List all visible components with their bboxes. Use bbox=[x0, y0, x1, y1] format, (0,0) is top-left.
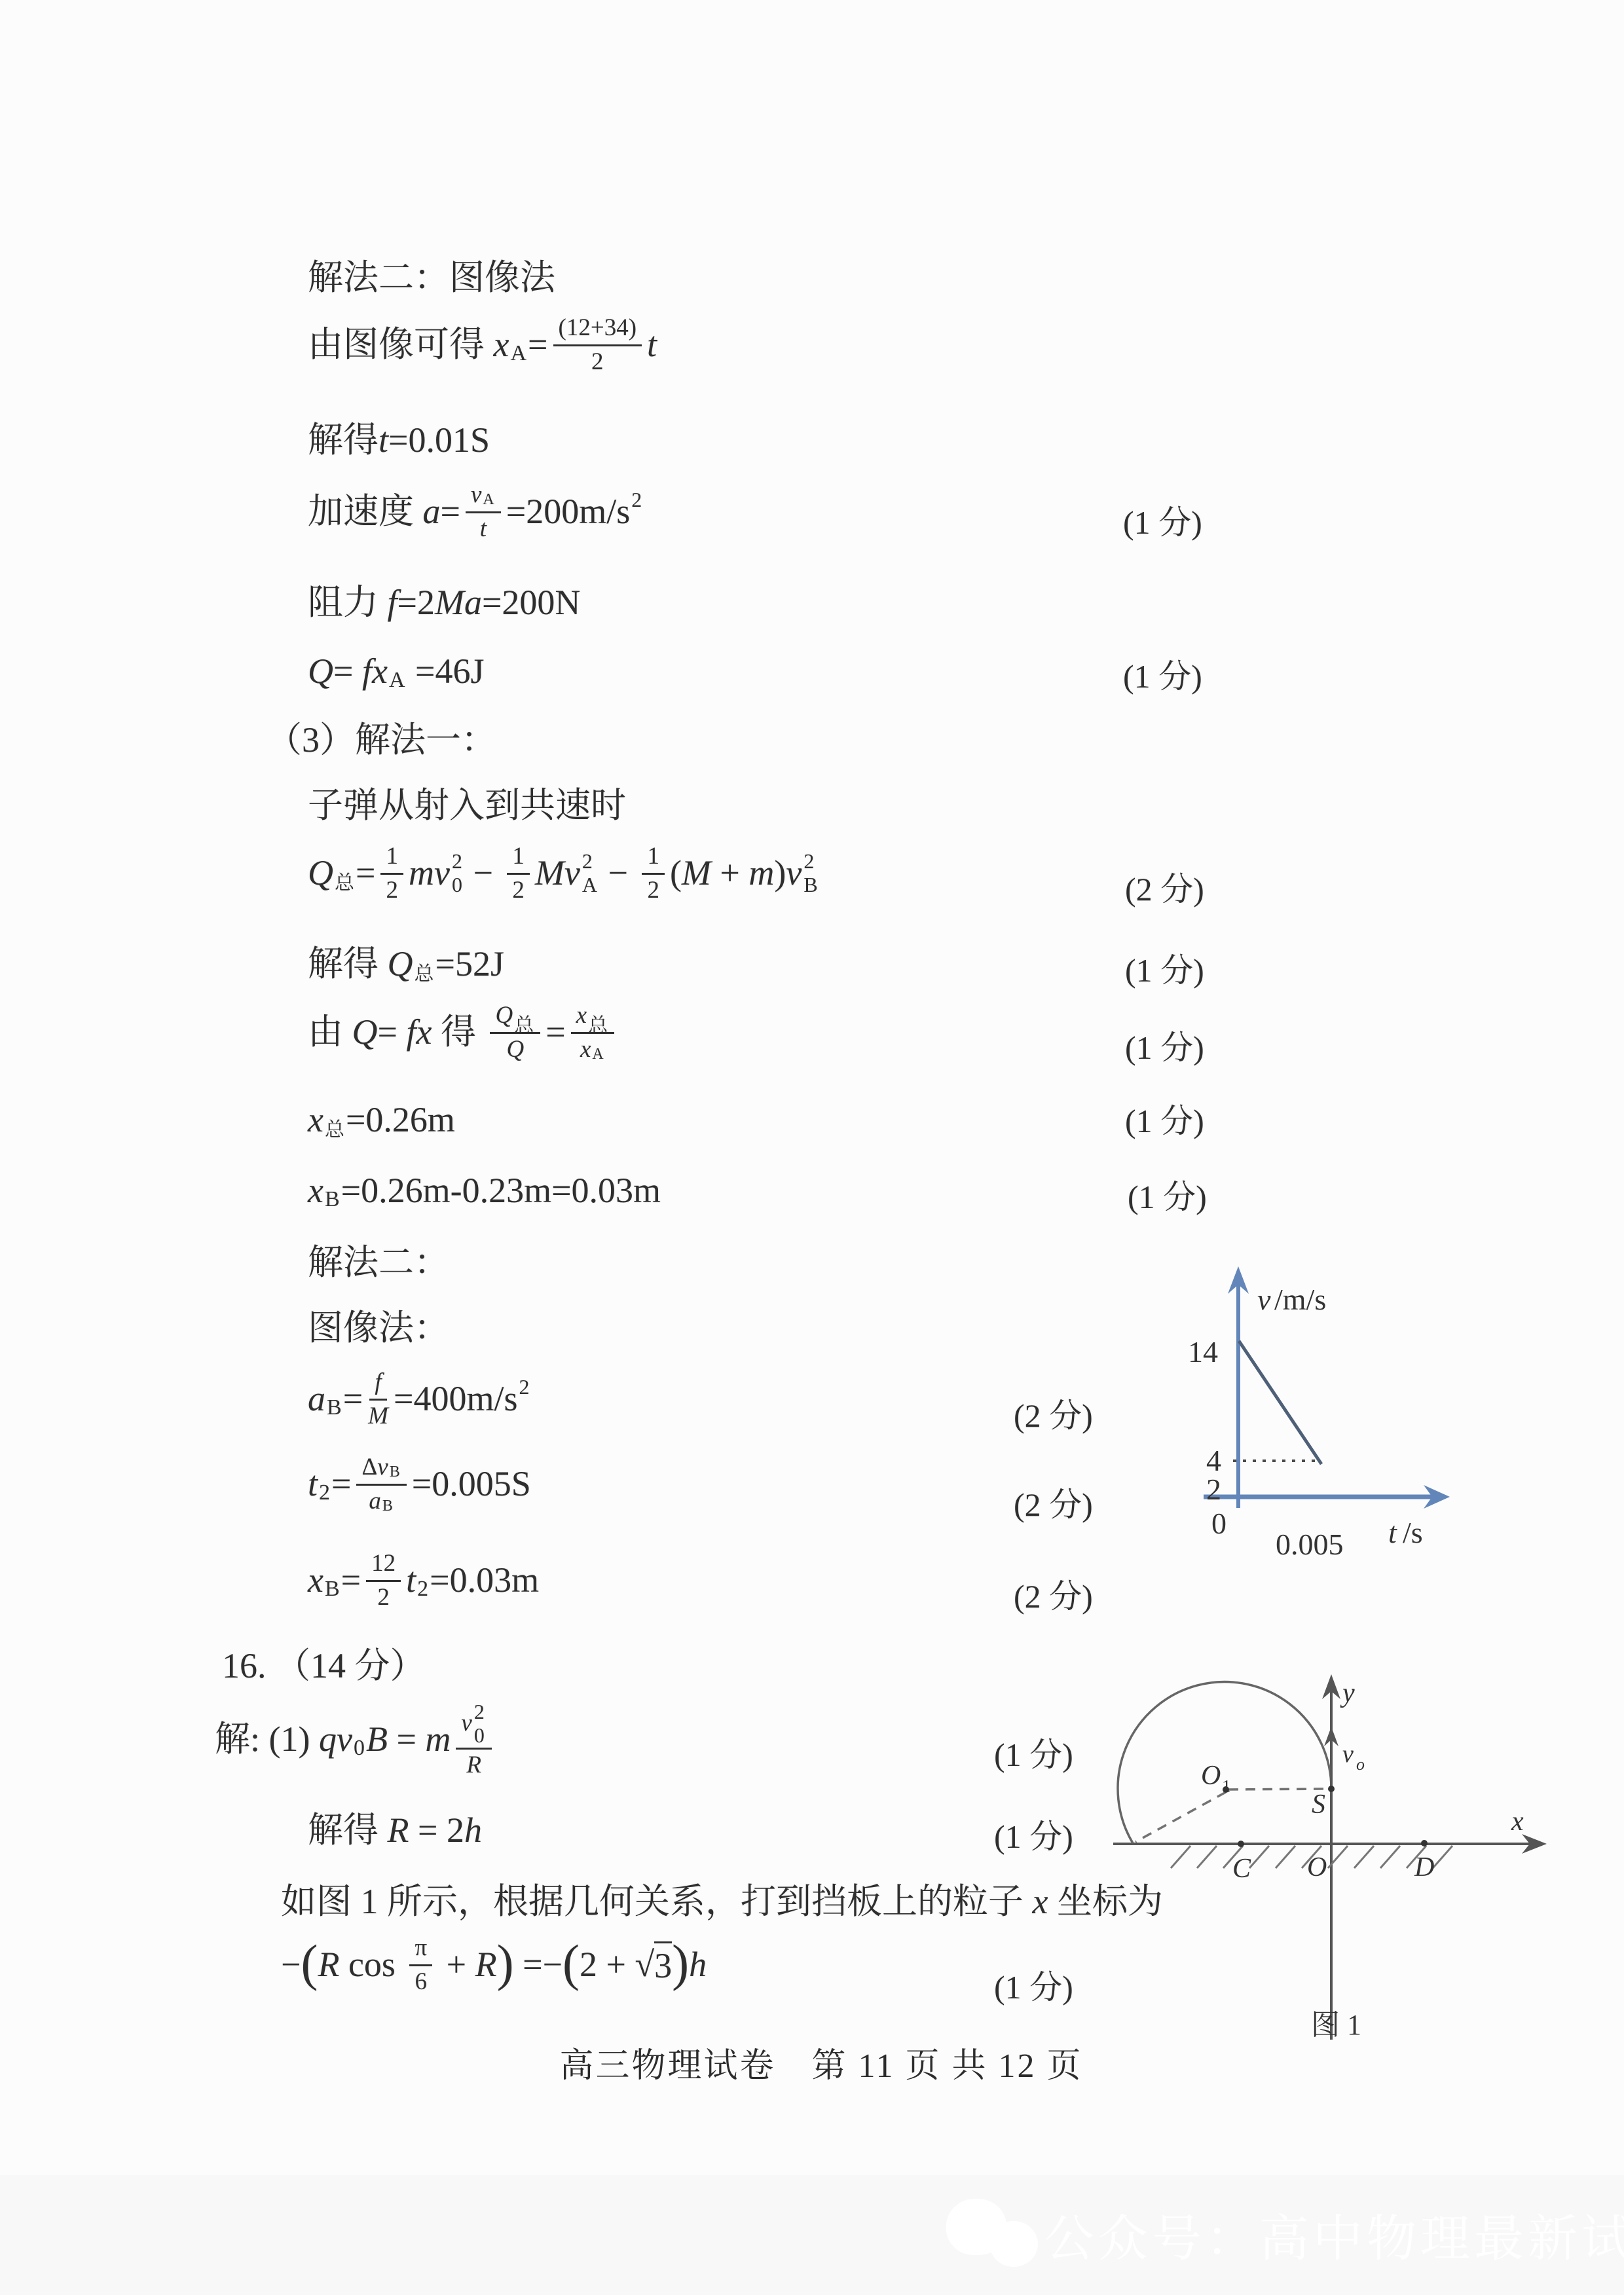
tick-0: 0 bbox=[1211, 1507, 1227, 1540]
score-badge: (1 分) bbox=[994, 1810, 1073, 1858]
v-axis-unit: /m/s bbox=[1274, 1283, 1326, 1316]
line-xa-equation: 由图像可得 xA=(12+34)2t bbox=[308, 313, 657, 376]
score-badge: (2 分) bbox=[1014, 1478, 1093, 1526]
exam-answer-page: 解法二：图像法 由图像可得 xA=(12+34)2t 解得t=0.01S 加速度… bbox=[0, 0, 1624, 2295]
line-xtotal-value: x总=0.26m bbox=[308, 1099, 455, 1141]
point-s-label: S bbox=[1312, 1790, 1325, 1820]
line-method2-title: 解法二：图像法 bbox=[308, 257, 555, 299]
score-badge: (1 分) bbox=[1125, 1021, 1204, 1069]
point-c-label: C bbox=[1232, 1854, 1251, 1884]
tick-0005: 0.005 bbox=[1276, 1528, 1344, 1561]
line-method2-label: 解法二： bbox=[308, 1241, 449, 1284]
line-t2-equation: t2=ΔvBaB=0.005S bbox=[308, 1452, 531, 1515]
score-badge: (1 分) bbox=[1125, 944, 1204, 991]
v-axis-label: v bbox=[1257, 1283, 1271, 1316]
point-c-dot bbox=[1238, 1841, 1244, 1847]
line-qtotal-equation: Q总=12mv20 − 12Mv2A − 12(M + m)v2B bbox=[308, 841, 820, 904]
line-solve-t: 解得t=0.01S bbox=[308, 419, 490, 462]
score-badge: (2 分) bbox=[1125, 863, 1204, 910]
point-d-label: D bbox=[1414, 1852, 1434, 1882]
line-resistance: 阻力 f=2Ma=200N bbox=[308, 581, 580, 624]
line-xb-value: xB=0.26m-0.23m=0.03m bbox=[308, 1169, 661, 1212]
score-badge: (1 分) bbox=[1123, 496, 1202, 543]
point-d-dot bbox=[1421, 1840, 1428, 1846]
watermark-text: 公众号：高中物理最新试题 bbox=[1044, 2199, 1624, 2270]
v0-label: v bbox=[1342, 1740, 1354, 1768]
figure-caption: 图 1 bbox=[1311, 2009, 1361, 2041]
score-badge: (1 分) bbox=[994, 1729, 1073, 1776]
page-footer: 高三物理试卷 第 11 页 共 12 页 bbox=[559, 2038, 1082, 2087]
line-figure-ref-text: 如图 1 所示，根据几何关系，打到挡板上的粒子 x 坐标为 bbox=[281, 1881, 1163, 1923]
line-qv0b-equation: 解: (1) qv0B = mv20R bbox=[215, 1700, 497, 1780]
vt-graph-svg: 14 4 2 0 0.005 v /m/s t /s bbox=[1172, 1262, 1486, 1577]
watermark: 公众号：高中物理最新试题 bbox=[946, 2195, 1624, 2273]
velocity-line bbox=[1239, 1341, 1321, 1464]
wechat-logo-icon bbox=[946, 2195, 1044, 2273]
figure-1: y x O 1 v o S C O D 图 1 bbox=[1113, 1673, 1572, 2066]
x-axis-label: x bbox=[1511, 1807, 1524, 1837]
vt-graph: 14 4 2 0 0.005 v /m/s t /s bbox=[1172, 1262, 1486, 1577]
score-badge: (1 分) bbox=[1128, 1171, 1207, 1218]
origin-label: O bbox=[1307, 1852, 1327, 1882]
line-ratio-equation: 由 Q= fx 得 Q总Q=x总xA bbox=[308, 1001, 619, 1063]
line-part3-method1: （3）解法一： bbox=[267, 719, 496, 762]
particle-circle-path bbox=[1118, 1682, 1331, 1843]
point-s-dot bbox=[1328, 1786, 1335, 1792]
y-axis-label: y bbox=[1340, 1678, 1355, 1708]
dashed-radius-diagonal bbox=[1135, 1792, 1226, 1842]
line-q-heat: Q= fxA =46J bbox=[308, 650, 484, 693]
tick-2: 2 bbox=[1206, 1473, 1221, 1506]
score-badge: (2 分) bbox=[1014, 1389, 1093, 1437]
line-q16-header: 16. （14 分） bbox=[222, 1645, 426, 1687]
line-ab-equation: aB=fM=400m/s2 bbox=[308, 1367, 529, 1430]
v0-subscript: o bbox=[1356, 1755, 1365, 1774]
line-xb-equation: xB=122t2=0.03m bbox=[308, 1549, 539, 1611]
score-badge: (1 分) bbox=[1125, 1095, 1204, 1142]
score-badge: (1 分) bbox=[1123, 650, 1202, 697]
line-bullet-text: 子弹从射入到共速时 bbox=[308, 784, 626, 827]
center-o1-subscript: 1 bbox=[1222, 1776, 1231, 1796]
line-x-coordinate: −(R cos π6 + R) =−(2 + √3)h bbox=[281, 1933, 707, 1996]
t-axis-unit: /s bbox=[1403, 1516, 1423, 1549]
score-badge: (2 分) bbox=[1014, 1570, 1093, 1617]
line-radius-value: 解得 R = 2h bbox=[308, 1809, 482, 1852]
t-axis-label: t bbox=[1388, 1516, 1397, 1549]
line-qtotal-value: 解得 Q总=52J bbox=[308, 943, 504, 985]
line-acceleration: 加速度 a=vAt=200m/s2 bbox=[308, 480, 642, 543]
tick-14: 14 bbox=[1188, 1335, 1218, 1368]
center-o1-label: O bbox=[1201, 1761, 1221, 1791]
score-badge: (1 分) bbox=[994, 1961, 1073, 2008]
figure-1-svg: y x O 1 v o S C O D 图 1 bbox=[1113, 1673, 1572, 2066]
line-graph-method: 图像法： bbox=[308, 1307, 449, 1349]
